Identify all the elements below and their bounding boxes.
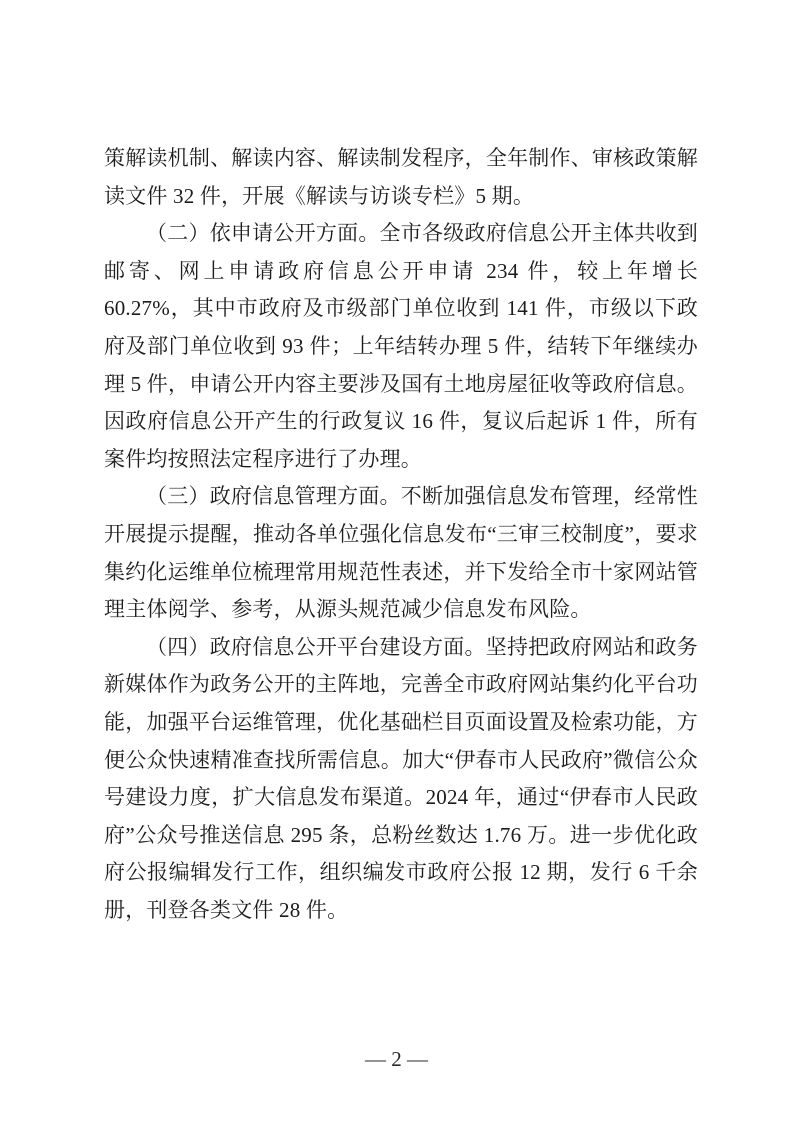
body-paragraph-policy-interpretation-continued: 策解读机制、解读内容、解读制发程序，全年制作、审核政策解读文件 32 件，开展《… [104,140,698,215]
page-number: — 2 — [365,1047,428,1071]
section-paragraph-information-management: （三）政府信息管理方面。不断加强信息发布管理，经常性开展提示提醒，推动各单位强化… [104,478,698,628]
document-body: 策解读机制、解读内容、解读制发程序，全年制作、审核政策解读文件 32 件，开展《… [104,140,698,929]
page-footer: — 2 — [0,1044,793,1074]
section-paragraph-on-request-disclosure: （二）依申请公开方面。全市各级政府信息公开主体共收到邮寄、网上申请政府信息公开申… [104,215,698,478]
section-paragraph-platform-construction: （四）政府信息公开平台建设方面。坚持把政府网站和政务新媒体作为政务公开的主阵地，… [104,629,698,930]
document-page: 策解读机制、解读内容、解读制发程序，全年制作、审核政策解读文件 32 件，开展《… [0,0,793,1122]
